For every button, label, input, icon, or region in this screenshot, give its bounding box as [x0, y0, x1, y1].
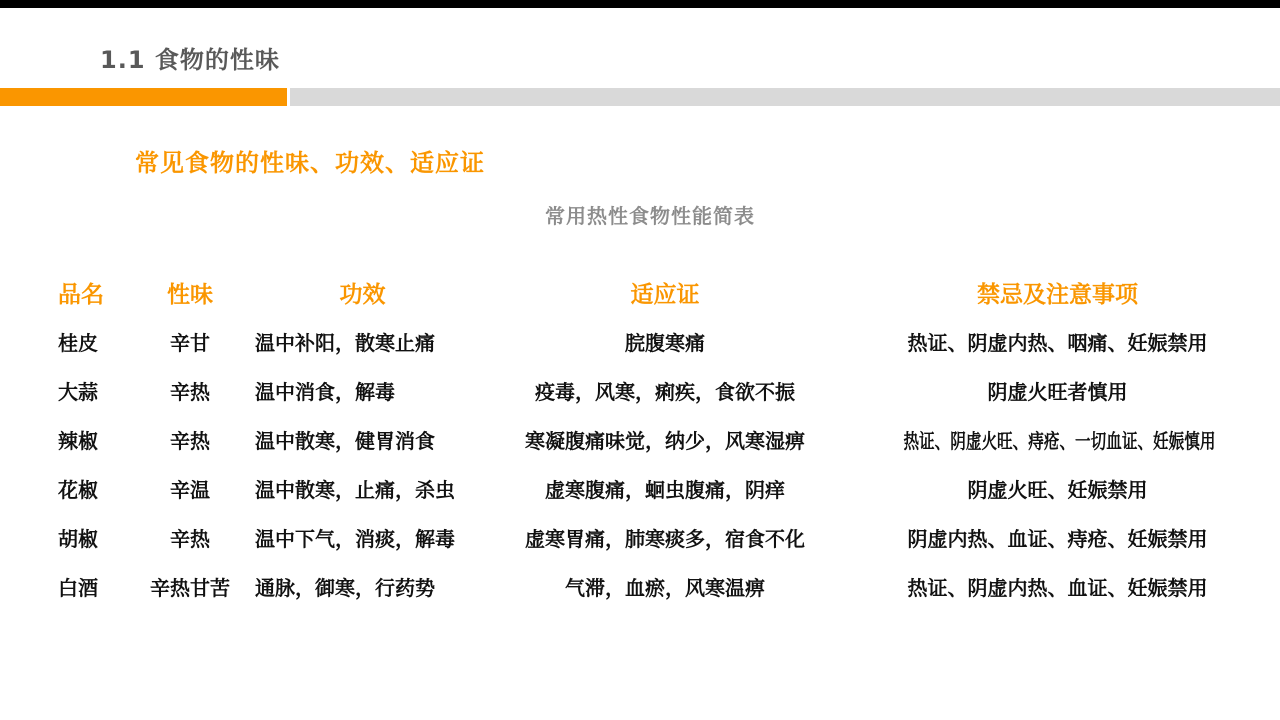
- nature-cell: 辛热甘苦: [125, 572, 255, 601]
- column-header-effect: 功效: [255, 276, 470, 309]
- column-header-name: 品名: [55, 276, 125, 309]
- effect-cell: 温中补阳，散寒止痛: [255, 327, 470, 356]
- column-header-indications: 适应证: [470, 276, 860, 309]
- accent-bar-orange: [0, 88, 287, 106]
- effect-cell: 通脉，御寒，行药势: [255, 572, 470, 601]
- food-name-cell: 花椒: [55, 474, 125, 503]
- nature-cell: 辛甘: [125, 327, 255, 356]
- indications-cell: 寒凝腹痛味觉，纳少，风寒湿痹: [470, 425, 860, 454]
- food-properties-table: 品名 性味 功效 适应证 禁忌及注意事项 桂皮 辛甘 温中补阳，散寒止痛 脘腹寒…: [55, 268, 1260, 611]
- effect-cell: 温中散寒，止痛，杀虫: [255, 474, 470, 503]
- nature-cell: 辛温: [125, 474, 255, 503]
- food-name-cell: 白酒: [55, 572, 125, 601]
- effect-cell: 温中散寒，健胃消食: [255, 425, 470, 454]
- indications-cell: 气滞，血瘀，风寒温痹: [470, 572, 860, 601]
- effect-cell: 温中消食，解毒: [255, 376, 470, 405]
- contraindications-cell: 热证、阴虚内热、血证、妊娠禁用: [860, 572, 1255, 601]
- nature-cell: 辛热: [125, 523, 255, 552]
- nature-cell: 辛热: [125, 376, 255, 405]
- table-caption: 常用热性食物性能简表: [0, 200, 1280, 229]
- header-divider-bars: [0, 88, 1280, 106]
- top-black-divider: [0, 0, 1280, 8]
- slide-canvas: { "slide": { "section_label": "1.1 食物的性味…: [0, 0, 1280, 720]
- food-name-cell: 大蒜: [55, 376, 125, 405]
- slide-title: 常见食物的性味、功效、适应证: [135, 143, 485, 178]
- indications-cell: 虚寒腹痛，蛔虫腹痛，阴痒: [470, 474, 860, 503]
- column-header-contraindications: 禁忌及注意事项: [860, 276, 1255, 309]
- indications-cell: 虚寒胃痛，肺寒痰多，宿食不化: [470, 523, 860, 552]
- contraindications-cell: 阴虚内热、血证、痔疮、妊娠禁用: [860, 523, 1255, 552]
- contraindications-cell: 阴虚火旺、妊娠禁用: [860, 474, 1255, 503]
- indications-cell: 疫毒，风寒，痢疾，食欲不振: [470, 376, 860, 405]
- food-name-cell: 辣椒: [55, 425, 125, 454]
- effect-cell: 温中下气，消痰，解毒: [255, 523, 470, 552]
- contraindications-cell: 阴虚火旺者慎用: [860, 376, 1255, 405]
- column-header-nature: 性味: [125, 276, 255, 309]
- nature-cell: 辛热: [125, 425, 255, 454]
- food-name-cell: 桂皮: [55, 327, 125, 356]
- contraindications-cell: 热证、阴虚内热、咽痛、妊娠禁用: [860, 327, 1255, 356]
- section-title: 1.1 食物的性味: [100, 40, 280, 75]
- food-name-cell: 胡椒: [55, 523, 125, 552]
- indications-cell: 脘腹寒痛: [470, 327, 860, 356]
- accent-bar-gray: [290, 88, 1280, 106]
- contraindications-cell: 热证、阴虚火旺、痔疮、一切血证、妊娠慎用: [903, 425, 1211, 454]
